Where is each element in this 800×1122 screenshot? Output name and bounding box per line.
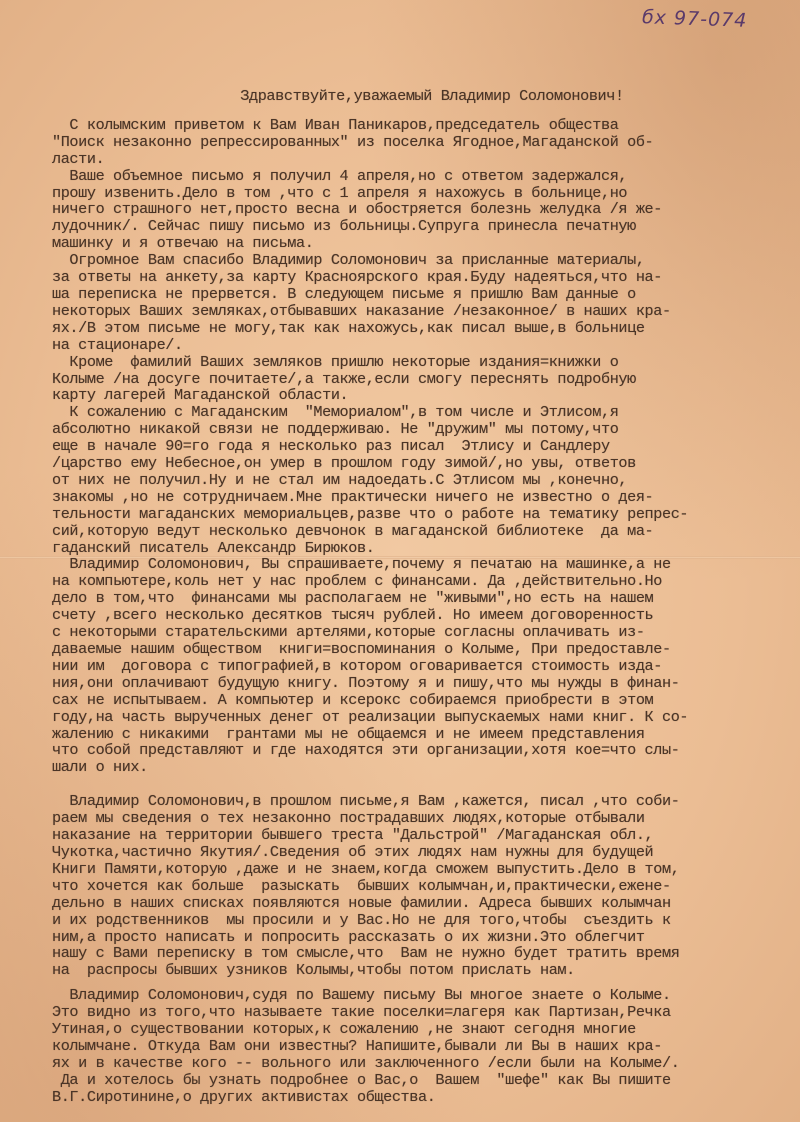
text-line: за ответы на анкету,за карту Красноярско… <box>52 269 772 286</box>
letter-block-2: Владимир Соломонович,в прошлом письме,я … <box>52 793 772 979</box>
text-line: ничего страшного нет,просто весна и обос… <box>52 201 772 218</box>
text-line: Чукотка,частично Якутия/.Сведения об эти… <box>52 844 772 861</box>
text-line: ласти. <box>52 151 772 168</box>
text-line: году,на часть вырученных денег от реализ… <box>52 709 772 726</box>
text-line: знакомы ,но не сотрудничаем.Мне практиче… <box>52 489 772 506</box>
letter-greeting: Здравствуйте,уважаемый Владимир Соломоно… <box>92 88 772 105</box>
text-line: на стационаре/. <box>52 337 772 354</box>
text-line: ния,они оплачивают будущую книгу. Поэтом… <box>52 675 772 692</box>
text-line: шали о них. <box>52 759 772 776</box>
text-line: некоторых Ваших земляках,отбывавших нака… <box>52 303 772 320</box>
text-line: дело в том,что финансами мы располагаем … <box>52 590 772 607</box>
text-line: абсолютно никакой связи не поддерживаю. … <box>52 421 772 438</box>
text-line: Владимир Соломонович, Вы спрашиваете,поч… <box>52 556 772 573</box>
text-line: Это видно из того,что называете такие по… <box>52 1004 772 1021</box>
text-line: Книги Памяти,которую ,даже и не знаем,ко… <box>52 861 772 878</box>
text-line: Огромное Вам спасибо Владимир Соломонови… <box>52 252 772 269</box>
text-line: от них не получил.Ну и не стал им надоед… <box>52 472 772 489</box>
text-line: на распросы бывших узников Колымы,чтобы … <box>52 962 772 979</box>
text-line: еще в начале 90=го года я несколько раз … <box>52 438 772 455</box>
text-line: Владимир Соломонович,в прошлом письме,я … <box>52 793 772 810</box>
text-line: раем мы сведения о тех незаконно пострад… <box>52 810 772 827</box>
text-line: С колымским приветом к Вам Иван Паникаро… <box>52 117 772 134</box>
text-line: наказание на территории бывшего треста "… <box>52 827 772 844</box>
text-line: Кроме фамилий Ваших земляков пришлю неко… <box>52 354 772 371</box>
text-line: Утиная,о существовании которых,к сожален… <box>52 1021 772 1038</box>
text-line: ях и в качестве кого -- вольного или зак… <box>52 1055 772 1072</box>
text-line: что хочется как больше разыскать бывших … <box>52 878 772 895</box>
text-line: ша переписка не прервется. В следующем п… <box>52 286 772 303</box>
text-line: прошу извенить.Дело в том ,что с 1 апрел… <box>52 185 772 202</box>
text-line: сах не испытываем. А компьютер и ксерокс… <box>52 692 772 709</box>
text-line: с некоторыми старательскими артелями,кот… <box>52 624 772 641</box>
text-line: карту лагерей Магаданской области. <box>52 387 772 404</box>
letter-block-3: Владимир Соломонович,судя по Вашему пись… <box>52 987 772 1105</box>
text-line: /царство ему Небесное,он умер в прошлом … <box>52 455 772 472</box>
text-line: Владимир Соломонович,судя по Вашему пись… <box>52 987 772 1004</box>
text-line: колымчане. Откуда Вам они известны? Напи… <box>52 1038 772 1055</box>
text-line: ях./В этом письме не могу,так как нахожу… <box>52 320 772 337</box>
text-line: машинку и я отвечаю на письма. <box>52 235 772 252</box>
text-line: нашу с Вами переписку в том смысле,что В… <box>52 945 772 962</box>
text-line: Да и хотелось бы узнать подробнее о Вас,… <box>52 1072 772 1089</box>
text-line: что собой представляют и где находятся э… <box>52 742 772 759</box>
text-line: жалению с никакими грантами мы не общаем… <box>52 726 772 743</box>
text-line: на компьютере,коль нет у нас проблем с ф… <box>52 573 772 590</box>
text-line: сий,которую ведут несколько девчонок в м… <box>52 523 772 540</box>
text-line: В.Г.Сиротинине,о других активистах общес… <box>52 1089 772 1106</box>
text-line: дельно в наших списках появляются новые … <box>52 895 772 912</box>
text-line: нии им договора с типографией,в котором … <box>52 658 772 675</box>
text-line: счету ,всего несколько десятков тысяч ру… <box>52 607 772 624</box>
text-line: К сожалению с Магаданским "Мемориалом",в… <box>52 404 772 421</box>
text-line: даваемые нашим обществом книги=воспомина… <box>52 641 772 658</box>
letter-body: Здравствуйте,уважаемый Владимир Соломоно… <box>52 88 772 1106</box>
text-line: тельности магаданских мемориальцев,разве… <box>52 506 772 523</box>
text-line: и их родственников мы просили и у Вас.Но… <box>52 912 772 929</box>
text-line: ним,а просто написать и попросить расска… <box>52 929 772 946</box>
text-line: "Поиск незаконно репрессированных" из по… <box>52 134 772 151</box>
letter-block-1: С колымским приветом к Вам Иван Паникаро… <box>52 117 772 776</box>
text-line: лудочник/. Сейчас пишу письмо из больниц… <box>52 218 772 235</box>
text-line: Ваше объемное письмо я получил 4 апреля,… <box>52 168 772 185</box>
text-line: Колыме /на досуге почитаете/,а также,есл… <box>52 371 772 388</box>
text-line: гаданский писатель Александр Бирюков. <box>52 540 772 557</box>
archive-number: бх 97-074 <box>642 6 748 32</box>
